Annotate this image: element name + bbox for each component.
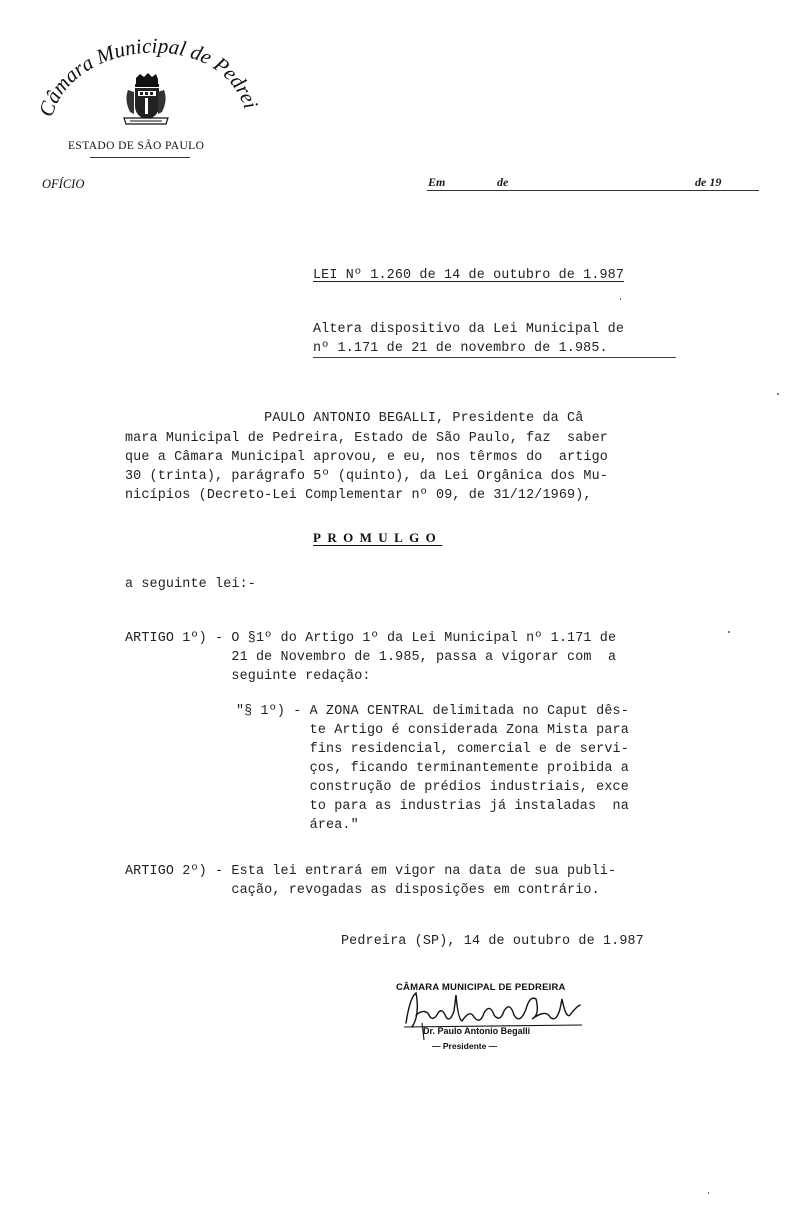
article-2-line: cação, revogadas as disposições em contr… [125, 883, 600, 898]
signatory-role: — Presidente — [432, 1041, 497, 1051]
signatory-name: Dr. Paulo Antonio Begalli [423, 1026, 530, 1036]
quoted-paragraph-line: construção de prédios industriais, exce [236, 780, 629, 795]
intro-text: a seguinte lei:- [125, 577, 256, 592]
quoted-paragraph-line: fins residencial, comercial e de servi- [236, 742, 629, 757]
date-de-label: de [497, 175, 508, 190]
quoted-paragraph-line: "§ 1º) - A ZONA CENTRAL delimitada no Ca… [236, 704, 629, 719]
quoted-paragraph-line: área." [236, 818, 359, 833]
preamble-line: PAULO ANTONIO BEGALLI, Presidente da Câ [125, 411, 583, 426]
place-date: Pedreira (SP), 14 de outubro de 1.987 [341, 934, 644, 949]
preamble-line: mara Municipal de Pedreira, Estado de Sã… [125, 431, 608, 446]
scan-speck [777, 393, 779, 395]
quoted-paragraph-line: te Artigo é considerada Zona Mista para [236, 723, 629, 738]
law-title: LEI Nº 1.260 de 14 de outubro de 1.987 [313, 268, 624, 283]
letterhead-divider [90, 157, 190, 158]
scan-speck [728, 631, 730, 633]
law-summary-line: nº 1.171 de 21 de novembro de 1.985. [313, 341, 608, 356]
date-em-label: Em [428, 175, 445, 190]
law-summary-line: Altera dispositivo da Lei Municipal de [313, 322, 624, 337]
law-summary-underline [313, 357, 676, 358]
preamble-line: nicípios (Decreto-Lei Complementar nº 09… [125, 488, 592, 503]
quoted-paragraph-line: ços, ficando terminantemente proibida a [236, 761, 629, 776]
article-1-line: 21 de Novembro de 1.985, passa a vigorar… [125, 650, 616, 665]
date-fill-line [427, 190, 759, 191]
scan-speck [708, 1192, 709, 1194]
preamble-line: 30 (trinta), parágrafo 5º (quinto), da L… [125, 469, 608, 484]
article-1-line: ARTIGO 1º) - O §1º do Artigo 1º da Lei M… [125, 631, 616, 646]
scan-speck [620, 298, 621, 300]
oficio-label: OFÍCIO [42, 177, 84, 192]
promulgo-heading: PROMULGO [313, 530, 442, 546]
article-2-line: ARTIGO 2º) - Esta lei entrará em vigor n… [125, 864, 616, 879]
quoted-paragraph-line: to para as industrias já instaladas na [236, 799, 629, 814]
date-year-label: de 19 [695, 175, 721, 190]
coat-of-arms-icon [118, 72, 174, 128]
preamble-line: que a Câmara Municipal aprovou, e eu, no… [125, 450, 608, 465]
article-1-line: seguinte redação: [125, 669, 371, 684]
letterhead-state: ESTADO DE SÃO PAULO [68, 140, 204, 152]
